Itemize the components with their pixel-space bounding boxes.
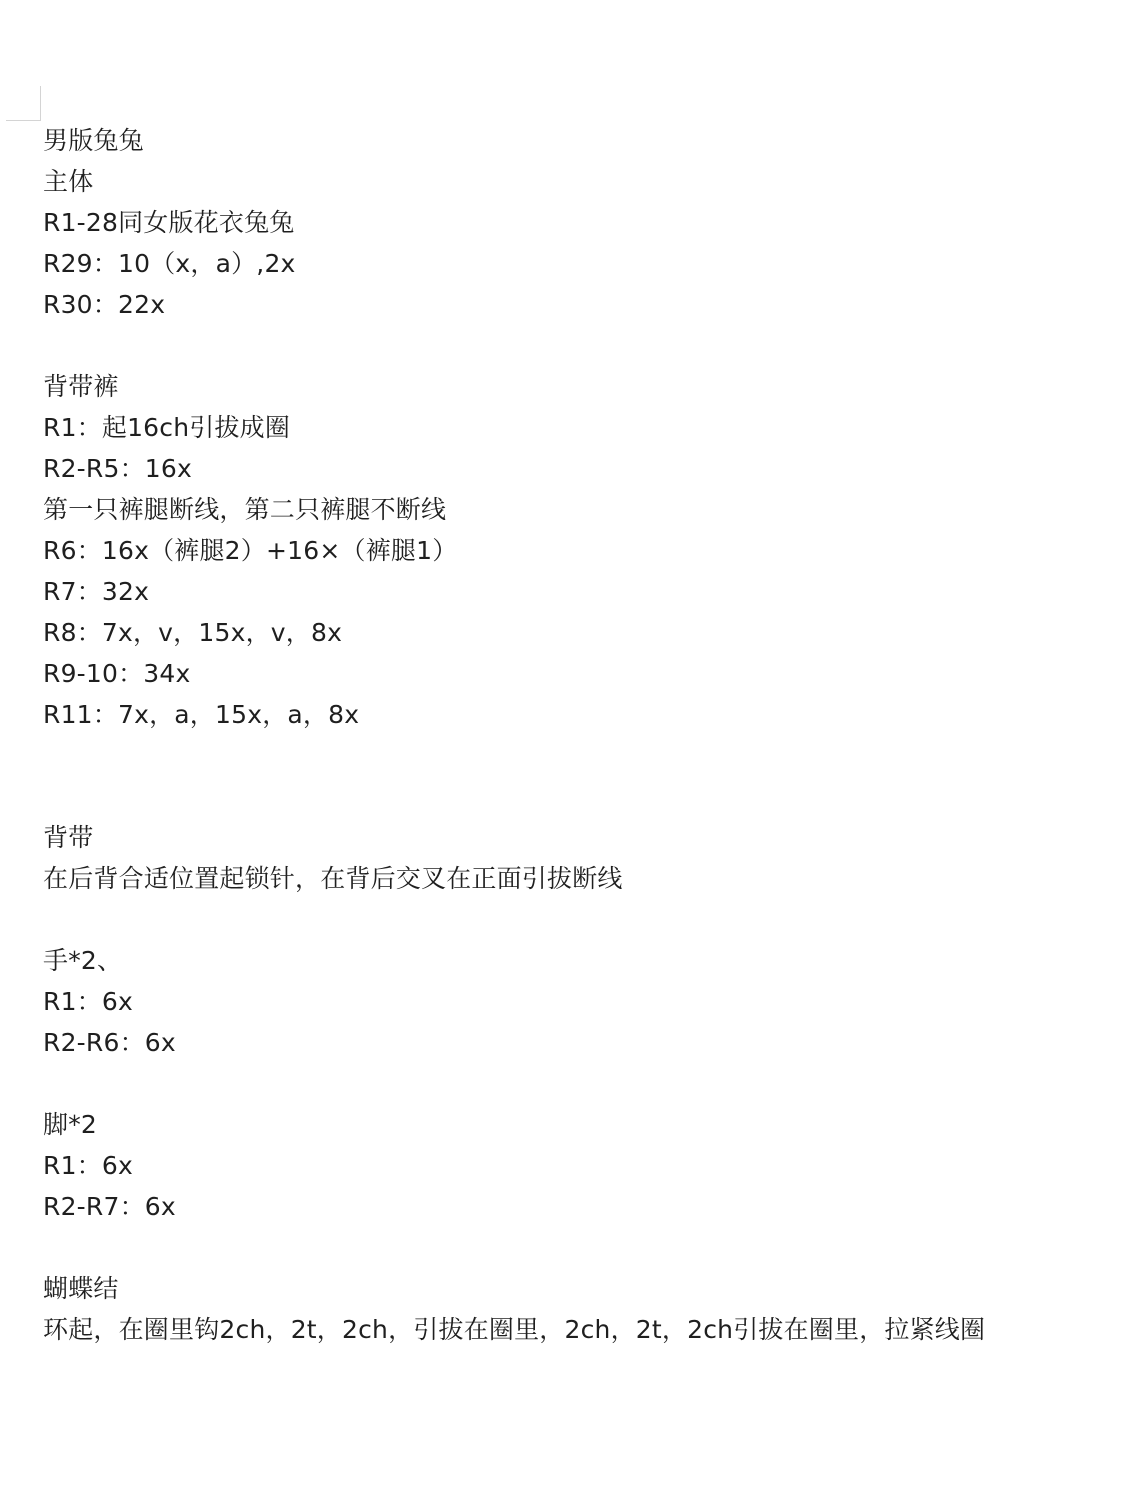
pattern-row: R6：16x（裤腿2）+16×（裤腿1）	[43, 530, 1113, 571]
section-bow: 蝴蝶结 环起，在圈里钩2ch，2t，2ch，引拔在圈里，2ch，2t，2ch引拔…	[43, 1268, 1113, 1350]
section-arms: 手*2、 R1：6x R2-R6：6x	[43, 940, 1113, 1063]
pattern-row: R9-10：34x	[43, 653, 1113, 694]
section-heading: 手*2、	[43, 940, 1113, 981]
section-overalls: 背带裤 R1：起16ch引拔成圈 R2-R5：16x 第一只裤腿断线，第二只裤腿…	[43, 366, 1113, 735]
section-heading: 背带	[43, 817, 1113, 858]
pattern-row: R7：32x	[43, 571, 1113, 612]
pattern-row: 第一只裤腿断线，第二只裤腿不断线	[43, 489, 1113, 530]
section-heading: 主体	[43, 161, 1113, 202]
section-heading: 脚*2	[43, 1104, 1113, 1145]
spacer	[43, 899, 1113, 940]
section-heading: 背带裤	[43, 366, 1113, 407]
pattern-row: R11：7x，a，15x，a，8x	[43, 694, 1113, 735]
section-heading: 蝴蝶结	[43, 1268, 1113, 1309]
spacer	[43, 1063, 1113, 1104]
spacer	[43, 325, 1113, 366]
section-straps: 背带 在后背合适位置起锁针，在背后交叉在正面引拔断线	[43, 817, 1113, 899]
pattern-row: R1-28同女版花衣兔兔	[43, 202, 1113, 243]
page-corner-mark	[6, 86, 41, 121]
pattern-row: R8：7x，v，15x，v，8x	[43, 612, 1113, 653]
document-title: 男版兔兔	[43, 120, 1113, 161]
pattern-row: R30：22x	[43, 284, 1113, 325]
section-body: 主体 R1-28同女版花衣兔兔 R29：10（x，a）,2x R30：22x	[43, 161, 1113, 325]
spacer	[43, 735, 1113, 817]
pattern-row: R1：起16ch引拔成圈	[43, 407, 1113, 448]
pattern-row: 环起，在圈里钩2ch，2t，2ch，引拔在圈里，2ch，2t，2ch引拔在圈里，…	[43, 1309, 1113, 1350]
pattern-row: R1：6x	[43, 1145, 1113, 1186]
pattern-row: 在后背合适位置起锁针，在背后交叉在正面引拔断线	[43, 858, 1113, 899]
spacer	[43, 1227, 1113, 1268]
pattern-row: R2-R5：16x	[43, 448, 1113, 489]
section-legs: 脚*2 R1：6x R2-R7：6x	[43, 1104, 1113, 1227]
document-body: 男版兔兔 主体 R1-28同女版花衣兔兔 R29：10（x，a）,2x R30：…	[43, 120, 1113, 1350]
pattern-row: R2-R7：6x	[43, 1186, 1113, 1227]
pattern-row: R1：6x	[43, 981, 1113, 1022]
pattern-row: R29：10（x，a）,2x	[43, 243, 1113, 284]
pattern-row: R2-R6：6x	[43, 1022, 1113, 1063]
